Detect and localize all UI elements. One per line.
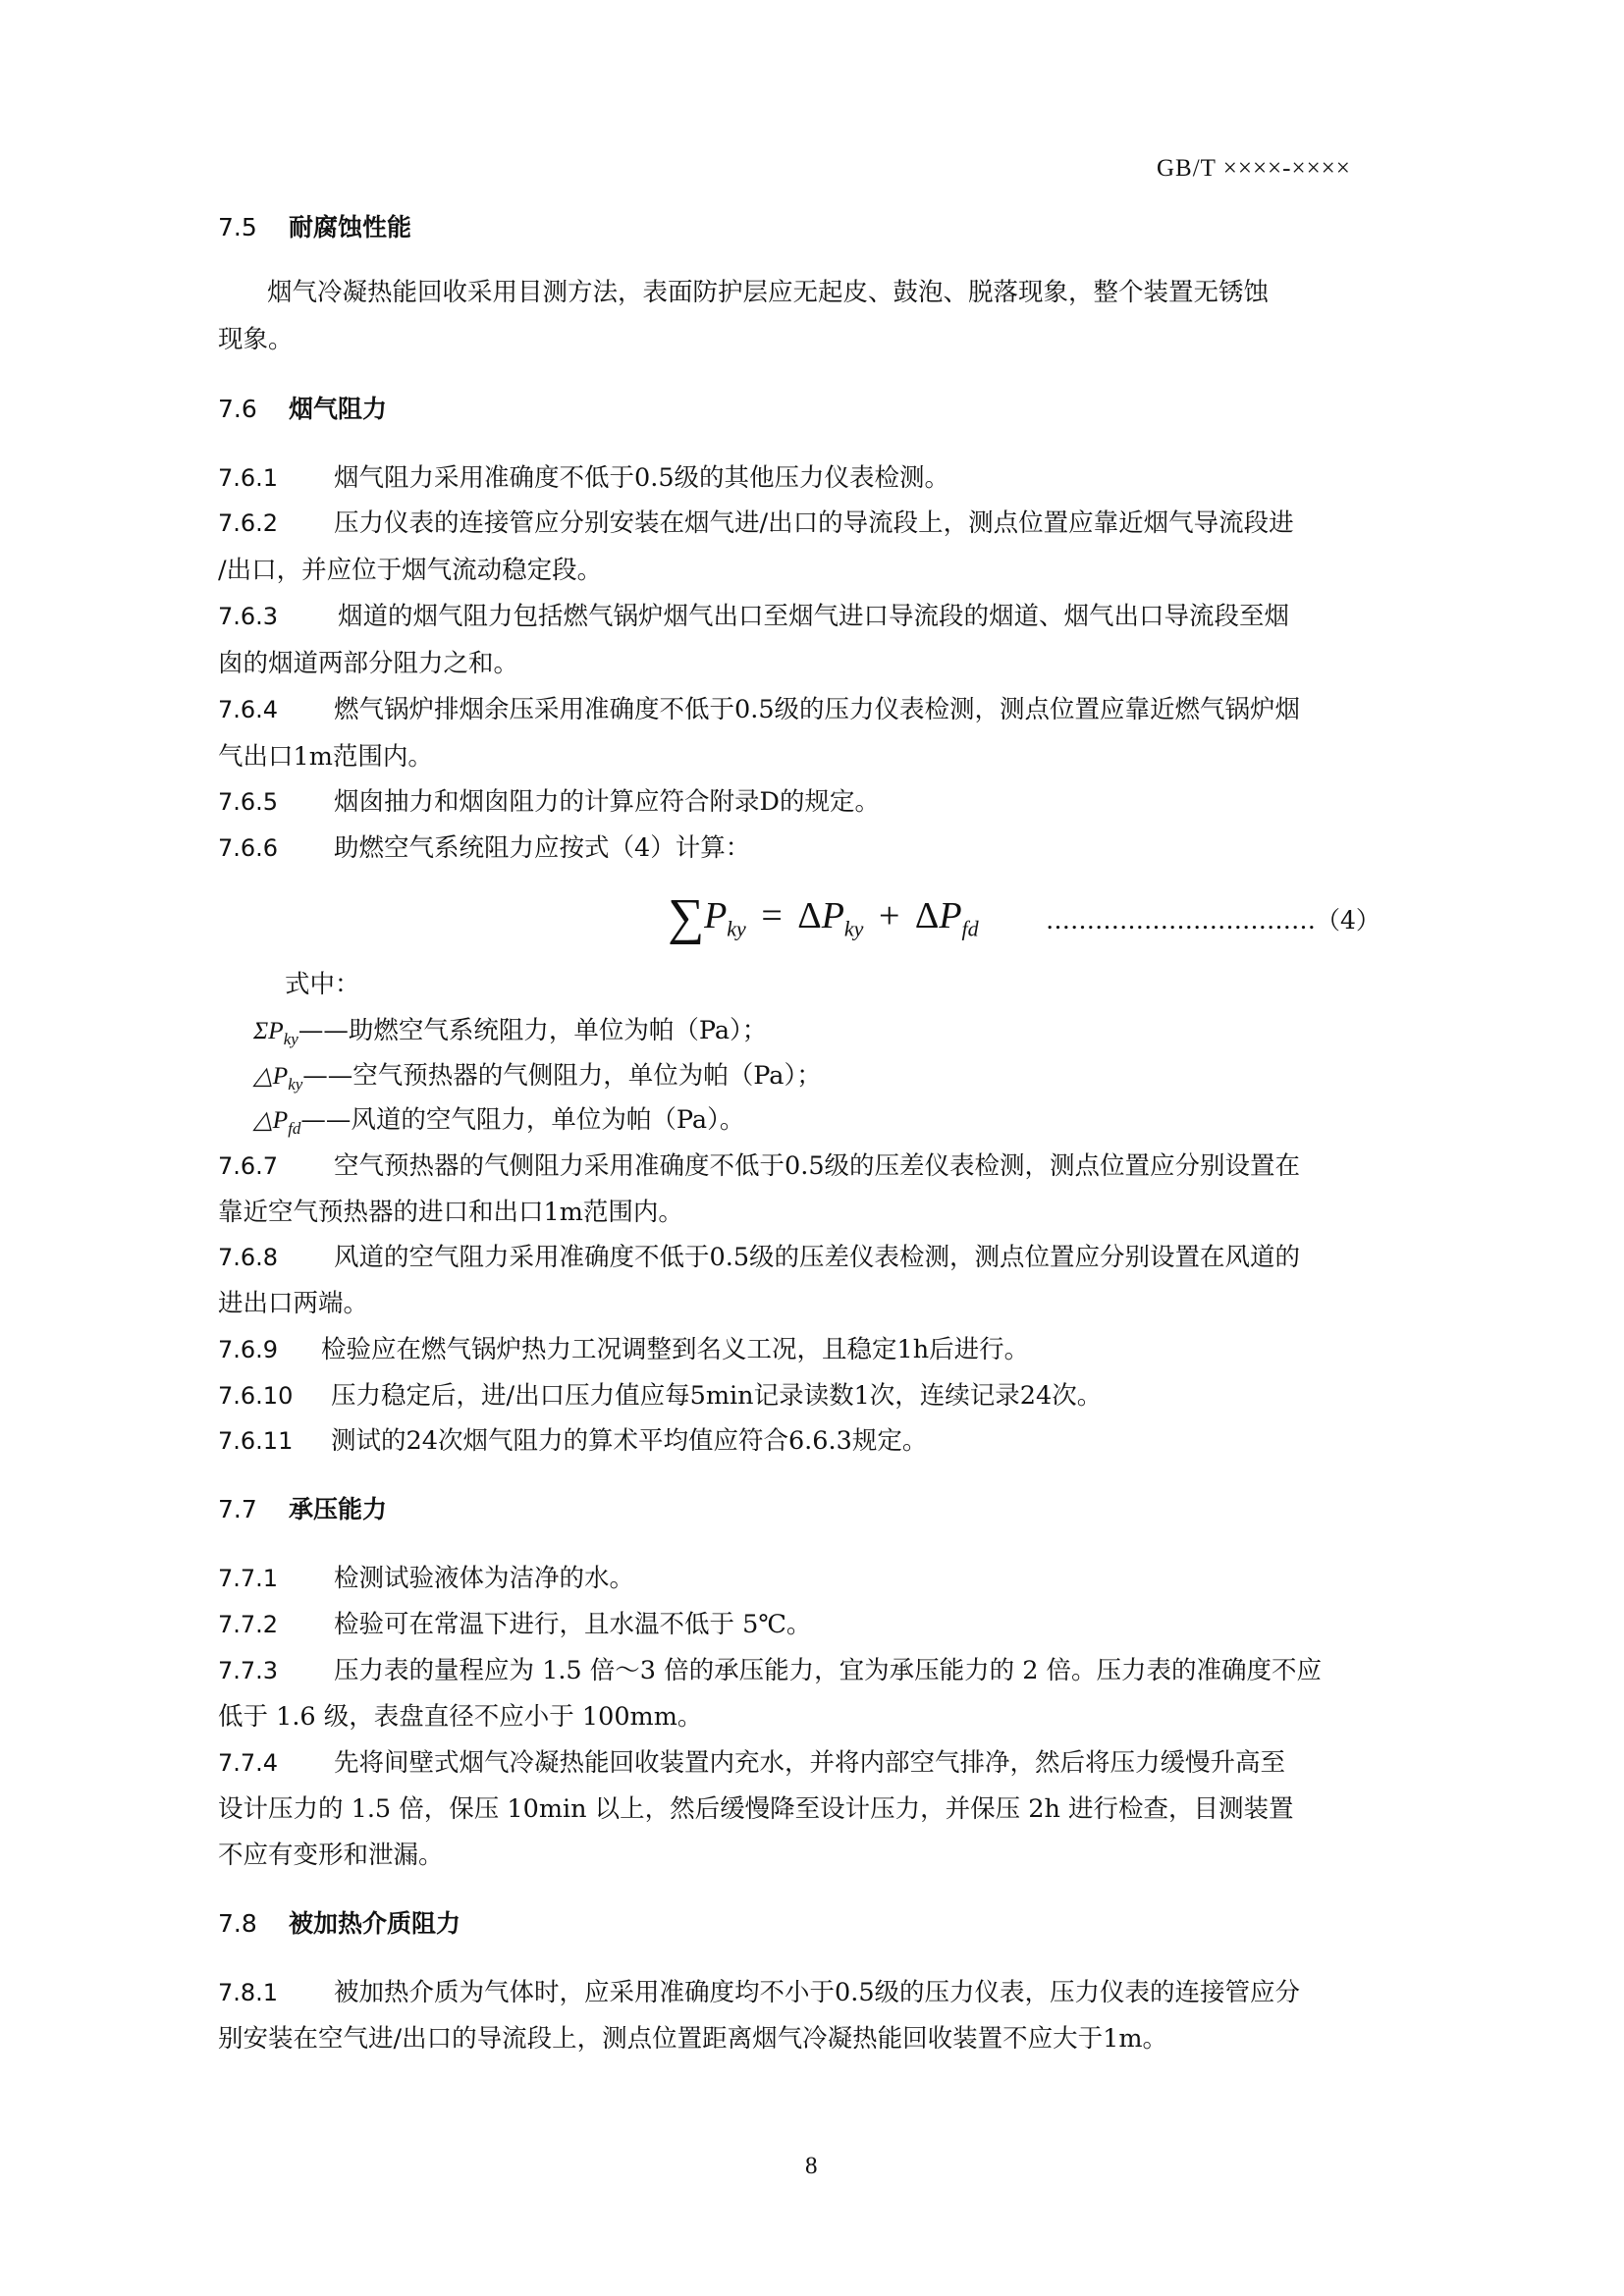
- formula-var: P: [822, 895, 844, 936]
- clause-7-8-1: 7.8.1被加热介质为气体时，应采用准确度均不小于0.5级的压力仪表，压力仪表的…: [218, 1973, 1300, 2008]
- clause-text: 风道的空气阻力采用准确度不低于0.5级的压差仪表检测，测点位置应分别设置在风道的: [334, 1243, 1300, 1272]
- clause-7-6-5: 7.6.5烟囱抽力和烟囱阻力的计算应符合附录D的规定。: [218, 782, 880, 818]
- section-title: 被加热介质阻力: [289, 1909, 460, 1938]
- clause-text: 压力稳定后，进/出口压力值应每5min记录读数1次，连续记录24次。: [331, 1381, 1102, 1411]
- paragraph-line: 现象。: [218, 320, 294, 355]
- symbol-description: ——助燃空气系统阻力，单位为帕（Pa）；: [298, 1016, 767, 1045]
- clause-text: 燃气锅炉排烟余压采用准确度不低于0.5级的压力仪表检测，测点位置应靠近燃气锅炉烟: [334, 695, 1300, 724]
- clause-continuation: 进出口两端。: [218, 1284, 368, 1319]
- clause-continuation: 不应有变形和泄漏。: [218, 1836, 444, 1871]
- clause-number: 7.7.3: [218, 1657, 334, 1684]
- clause-continuation: 别安装在空气进/出口的导流段上，测点位置距离烟气冷凝热能回收装置不应大于1m。: [218, 2019, 1167, 2055]
- paragraph-line: 烟气冷凝热能回收采用目测方法，表面防护层应无起皮、鼓泡、脱落现象，整个装置无锈蚀: [267, 273, 1269, 308]
- delta-symbol: Δ: [797, 895, 821, 936]
- section-title: 烟气阻力: [289, 395, 387, 423]
- clause-continuation: 低于 1.6 级，表盘直径不应小于 100mm。: [218, 1697, 702, 1733]
- symbol-definition: ΣPky——助燃空气系统阻力，单位为帕（Pa）；: [253, 1011, 767, 1049]
- clause-text: 压力仪表的连接管应分别安装在烟气进/出口的导流段上，测点位置应靠近烟气导流段进: [334, 508, 1294, 538]
- symbol-description: ——空气预热器的气侧阻力，单位为帕（Pa）；: [302, 1061, 821, 1091]
- clause-7-6-11: 7.6.11测试的24次烟气阻力的算术平均值应符合6.6.3规定。: [218, 1421, 927, 1457]
- clause-number: 7.6.2: [218, 509, 334, 537]
- formula-subscript: ky: [844, 917, 864, 941]
- clause-7-6-4: 7.6.4燃气锅炉排烟余压采用准确度不低于0.5级的压力仪表检测，测点位置应靠近…: [218, 690, 1300, 725]
- clause-text: 被加热介质为气体时，应采用准确度均不小于0.5级的压力仪表，压力仪表的连接管应分: [334, 1978, 1300, 2007]
- symbol: △P: [253, 1061, 288, 1090]
- clause-7-6-2: 7.6.2压力仪表的连接管应分别安装在烟气进/出口的导流段上，测点位置应靠近烟气…: [218, 504, 1294, 539]
- clause-number: 7.6.6: [218, 834, 334, 862]
- clause-7-6-8: 7.6.8风道的空气阻力采用准确度不低于0.5级的压差仪表检测，测点位置应分别设…: [218, 1238, 1300, 1273]
- document-code: GB/T ××××-××××: [1157, 155, 1351, 183]
- clause-text: 助燃空气系统阻力应按式（4）计算：: [334, 833, 750, 863]
- clause-text: 检测试验液体为洁净的水。: [334, 1564, 634, 1593]
- clause-7-6-6: 7.6.6助燃空气系统阻力应按式（4）计算：: [218, 828, 750, 864]
- clause-text: 检验应在燃气锅炉热力工况调整到名义工况，且稳定1h后进行。: [321, 1335, 1029, 1364]
- clause-continuation: /出口，并应位于烟气流动稳定段。: [218, 551, 602, 586]
- clause-continuation: 设计压力的 1.5 倍，保压 10min 以上，然后缓慢降至设计压力，并保压 2…: [218, 1789, 1294, 1825]
- clause-7-6-10: 7.6.10压力稳定后，进/出口压力值应每5min记录读数1次，连续记录24次。: [218, 1376, 1102, 1412]
- section-number: 7.8: [218, 1909, 289, 1938]
- formula-var: P: [939, 895, 961, 936]
- clause-7-6-1: 7.6.1烟气阻力采用准确度不低于0.5级的其他压力仪表检测。: [218, 458, 949, 494]
- clause-number: 7.6.9: [218, 1336, 321, 1363]
- formula-4: ∑Pky = ΔPky + ΔPfd: [668, 888, 979, 946]
- section-number: 7.6: [218, 395, 289, 423]
- formula-var: P: [704, 895, 727, 936]
- clause-7-6-7: 7.6.7空气预热器的气侧阻力采用准确度不低于0.5级的压差仪表检测，测点位置应…: [218, 1147, 1300, 1182]
- clause-7-7-4: 7.7.4先将间壁式烟气冷凝热能回收装置内充水，并将内部空气排净，然后将压力缓慢…: [218, 1743, 1285, 1779]
- clause-number: 7.6.8: [218, 1244, 334, 1271]
- section-title: 承压能力: [289, 1495, 387, 1523]
- clause-text: 烟道的烟气阻力包括燃气锅炉烟气出口至烟气进口导流段的烟道、烟气出口导流段至烟: [338, 602, 1289, 631]
- clause-text: 烟气阻力采用准确度不低于0.5级的其他压力仪表检测。: [334, 463, 949, 493]
- clause-number: 7.8.1: [218, 1979, 334, 2006]
- clause-7-7-2: 7.7.2检验可在常温下进行，且水温不低于 5℃。: [218, 1605, 811, 1640]
- clause-text: 空气预热器的气侧阻力采用准确度不低于0.5级的压差仪表检测，测点位置应分别设置在: [334, 1151, 1300, 1181]
- clause-number: 7.7.4: [218, 1749, 334, 1777]
- section-number: 7.5: [218, 213, 289, 241]
- section-title: 耐腐蚀性能: [289, 213, 411, 241]
- clause-number: 7.7.2: [218, 1611, 334, 1638]
- symbol-description: ——风道的空气阻力，单位为帕（Pa）。: [300, 1105, 744, 1135]
- clause-number: 7.6.3: [218, 603, 338, 630]
- section-heading-7-8: 7.8被加热介质阻力: [218, 1904, 460, 1940]
- clause-text: 测试的24次烟气阻力的算术平均值应符合6.6.3规定。: [331, 1426, 927, 1456]
- section-heading-7-6: 7.6烟气阻力: [218, 390, 387, 425]
- section-number: 7.7: [218, 1495, 289, 1523]
- section-heading-7-5: 7.5耐腐蚀性能: [218, 208, 411, 243]
- clause-number: 7.7.1: [218, 1565, 334, 1592]
- formula-operator: +: [879, 895, 899, 936]
- sum-symbol: ∑: [668, 889, 704, 945]
- symbol-subscript: fd: [288, 1119, 300, 1138]
- clause-number: 7.6.5: [218, 788, 334, 816]
- formula-subscript: fd: [962, 917, 979, 941]
- clause-text: 检验可在常温下进行，且水温不低于 5℃。: [334, 1610, 811, 1639]
- formula-operator: =: [761, 895, 782, 936]
- symbol: ΣP: [253, 1016, 284, 1044]
- clause-7-7-3: 7.7.3压力表的量程应为 1.5 倍～3 倍的承压能力，宜为承压能力的 2 倍…: [218, 1651, 1322, 1686]
- formula-subscript: ky: [727, 917, 746, 941]
- clause-continuation: 囱的烟道两部分阻力之和。: [218, 644, 518, 679]
- symbol-definition: △Pfd——风道的空气阻力，单位为帕（Pa）。: [253, 1100, 744, 1139]
- clause-number: 7.6.1: [218, 464, 334, 492]
- clause-number: 7.6.10: [218, 1382, 331, 1410]
- clause-text: 压力表的量程应为 1.5 倍～3 倍的承压能力，宜为承压能力的 2 倍。压力表的…: [334, 1656, 1322, 1685]
- symbol: △P: [253, 1105, 288, 1134]
- symbol-definition: △Pky——空气预热器的气侧阻力，单位为帕（Pa）；: [253, 1056, 822, 1095]
- where-label: 式中：: [285, 965, 360, 1000]
- symbol-subscript: ky: [288, 1075, 302, 1094]
- clause-7-7-1: 7.7.1检测试验液体为洁净的水。: [218, 1559, 634, 1594]
- section-heading-7-7: 7.7承压能力: [218, 1490, 387, 1525]
- delta-symbol: Δ: [915, 895, 939, 936]
- page-number: 8: [805, 2153, 818, 2180]
- clause-continuation: 靠近空气预热器的进口和出口1m范围内。: [218, 1193, 683, 1228]
- clause-7-6-3: 7.6.3烟道的烟气阻力包括燃气锅炉烟气出口至烟气进口导流段的烟道、烟气出口导流…: [218, 597, 1289, 632]
- clause-text: 烟囱抽力和烟囱阻力的计算应符合附录D的规定。: [334, 787, 880, 817]
- clause-text: 先将间壁式烟气冷凝热能回收装置内充水，并将内部空气排净，然后将压力缓慢升高至: [334, 1748, 1285, 1778]
- clause-number: 7.6.4: [218, 696, 334, 723]
- clause-number: 7.6.7: [218, 1152, 334, 1180]
- clause-number: 7.6.11: [218, 1427, 331, 1455]
- equation-number: ……………………………（4）: [1046, 901, 1380, 936]
- symbol-subscript: ky: [284, 1030, 298, 1048]
- clause-continuation: 气出口1m范围内。: [218, 737, 433, 773]
- clause-7-6-9: 7.6.9检验应在燃气锅炉热力工况调整到名义工况，且稳定1h后进行。: [218, 1330, 1029, 1365]
